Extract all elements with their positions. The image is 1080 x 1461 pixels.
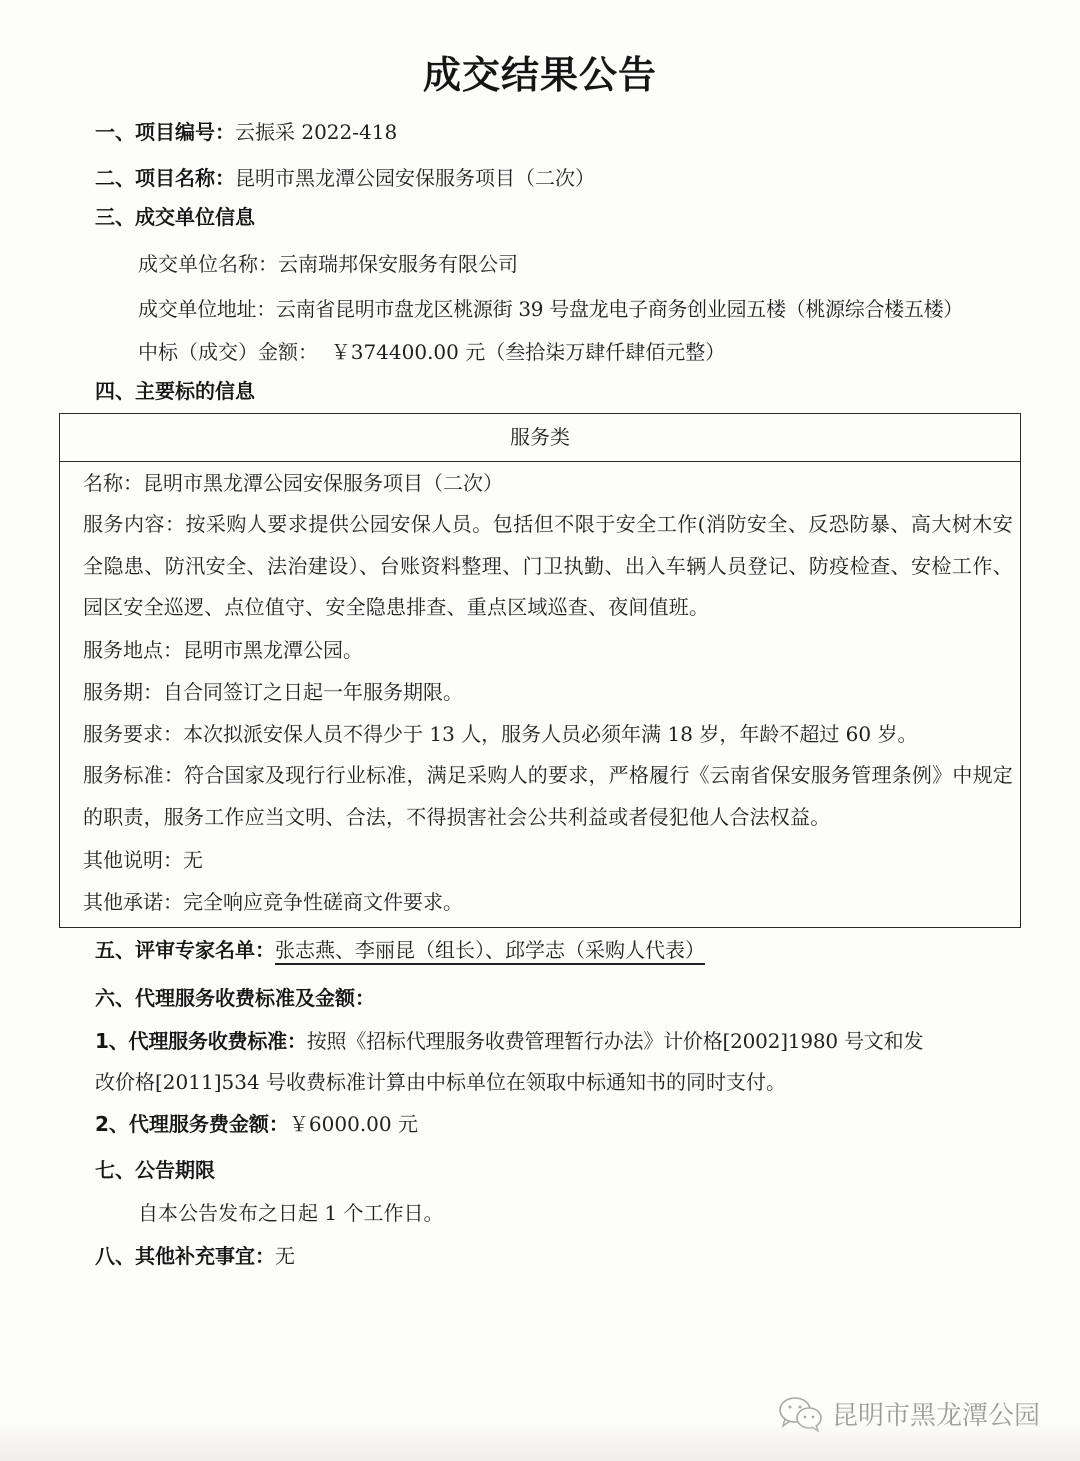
table-row-other-notes: 其他说明：无 — [83, 846, 203, 874]
bottom-shadow — [0, 1421, 1080, 1461]
winning-amount: 中标（成交）金额： ￥374400.00 元（叁拾柒万肆仟肆佰元整） — [138, 338, 725, 366]
review-experts: 五、评审专家名单：张志燕、李丽昆（组长）、邱学志（采购人代表） — [95, 936, 705, 964]
agency-fee-heading: 六、代理服务收费标准及金额： — [95, 984, 375, 1012]
agency-fee-standard-line1: 1、代理服务收费标准：按照《招标代理服务收费管理暂行办法》计价格[2002]19… — [95, 1027, 923, 1055]
project-number-value: 云振采 2022-418 — [235, 120, 397, 144]
winning-amount-value: ￥374400.00 元（叁拾柒万肆仟肆佰元整） — [331, 340, 726, 364]
table-header: 服务类 — [60, 414, 1020, 462]
row-value: 本次拟派安保人员不得少于 13 人，服务人员必须年满 18 岁，年龄不超过 60… — [183, 722, 918, 746]
other-matters-value: 无 — [275, 1244, 295, 1268]
winner-name-value: 云南瑞邦保安服务有限公司 — [278, 252, 518, 276]
row-label: 其他承诺： — [83, 890, 183, 914]
table-row-name: 名称：昆明市黑龙潭公园安保服务项目（二次） — [83, 469, 503, 497]
row-label: 服务要求： — [83, 722, 183, 746]
table-row-service-location: 服务地点：昆明市黑龙潭公园。 — [83, 636, 363, 664]
review-experts-label: 五、评审专家名单： — [95, 938, 275, 962]
winner-name-label: 成交单位名称： — [138, 252, 278, 276]
project-name-label: 二、项目名称： — [95, 166, 235, 190]
row-value: 符合国家及现行行业标准，满足采购人的要求，严格履行《云南省保安服务管理条例》中规… — [83, 763, 1013, 829]
project-name-value: 昆明市黑龙潭公园安保服务项目（二次） — [235, 166, 595, 190]
row-label: 服务标准： — [83, 763, 184, 787]
subject-info-heading: 四、主要标的信息 — [95, 377, 255, 405]
row-label: 其他说明： — [83, 848, 183, 872]
agency-fee-amount-label: 2、代理服务费金额： — [95, 1112, 289, 1136]
agency-fee-standard-label: 1、代理服务收费标准： — [95, 1029, 307, 1053]
row-value: 按采购人要求提供公园安保人员。包括但不限于安全工作(消防安全、反恐防暴、高大树木… — [83, 512, 1013, 619]
review-experts-value: 张志燕、李丽昆（组长）、邱学志（采购人代表） — [275, 938, 705, 962]
announcement-period-heading: 七、公告期限 — [95, 1156, 215, 1184]
other-matters: 八、其他补充事宜：无 — [95, 1242, 295, 1270]
agency-fee-standard-text: 按照《招标代理服务收费管理暂行办法》计价格[2002]1980 号文和发 — [307, 1029, 924, 1053]
winning-amount-label: 中标（成交）金额： — [138, 340, 318, 364]
project-name: 二、项目名称：昆明市黑龙潭公园安保服务项目（二次） — [95, 164, 595, 192]
table-row-other-commitments: 其他承诺：完全响应竞争性磋商文件要求。 — [83, 888, 463, 916]
project-number: 一、项目编号：云振采 2022-418 — [95, 118, 397, 146]
row-value: 昆明市黑龙潭公园。 — [183, 638, 363, 662]
winner-info-heading: 三、成交单位信息 — [95, 203, 255, 231]
winner-address-label: 成交单位地址： — [138, 297, 276, 321]
page-title: 成交结果公告 — [0, 44, 1080, 99]
row-value: 昆明市黑龙潭公园安保服务项目（二次） — [143, 471, 503, 495]
row-value: 完全响应竞争性磋商文件要求。 — [183, 890, 463, 914]
row-label: 服务内容： — [83, 512, 185, 536]
agency-fee-amount-value: ￥6000.00 元 — [289, 1112, 418, 1136]
table-row-service-requirements: 服务要求：本次拟派安保人员不得少于 13 人，服务人员必须年满 18 岁，年龄不… — [83, 720, 918, 748]
project-number-label: 一、项目编号： — [95, 120, 235, 144]
winner-address-value: 云南省昆明市盘龙区桃源街 39 号盘龙电子商务创业园五楼（桃源综合楼五楼） — [276, 297, 963, 321]
row-value: 无 — [183, 848, 203, 872]
row-label: 名称： — [83, 471, 143, 495]
agency-fee-standard-line2: 改价格[2011]534 号收费标准计算由中标单位在领取中标通知书的同时支付。 — [95, 1068, 786, 1096]
table-row-service-standard: 服务标准：符合国家及现行行业标准，满足采购人的要求，严格履行《云南省保安服务管理… — [83, 755, 1013, 838]
row-value: 自合同签订之日起一年服务期限。 — [163, 680, 463, 704]
row-label: 服务地点： — [83, 638, 183, 662]
other-matters-label: 八、其他补充事宜： — [95, 1244, 275, 1268]
winner-name: 成交单位名称：云南瑞邦保安服务有限公司 — [138, 250, 518, 278]
announcement-page: 成交结果公告 一、项目编号：云振采 2022-418 二、项目名称：昆明市黑龙潭… — [0, 0, 1080, 1461]
table-row-service-period: 服务期：自合同签订之日起一年服务期限。 — [83, 678, 463, 706]
table-row-service-content: 服务内容：按采购人要求提供公园安保人员。包括但不限于安全工作(消防安全、反恐防暴… — [83, 504, 1013, 629]
agency-fee-amount: 2、代理服务费金额：￥6000.00 元 — [95, 1110, 418, 1138]
subject-info-table: 服务类 名称：昆明市黑龙潭公园安保服务项目（二次） 服务内容：按采购人要求提供公… — [59, 413, 1021, 928]
winner-address: 成交单位地址：云南省昆明市盘龙区桃源街 39 号盘龙电子商务创业园五楼（桃源综合… — [138, 295, 963, 323]
row-label: 服务期： — [83, 680, 163, 704]
announcement-period-value: 自本公告发布之日起 1 个工作日。 — [138, 1199, 443, 1227]
